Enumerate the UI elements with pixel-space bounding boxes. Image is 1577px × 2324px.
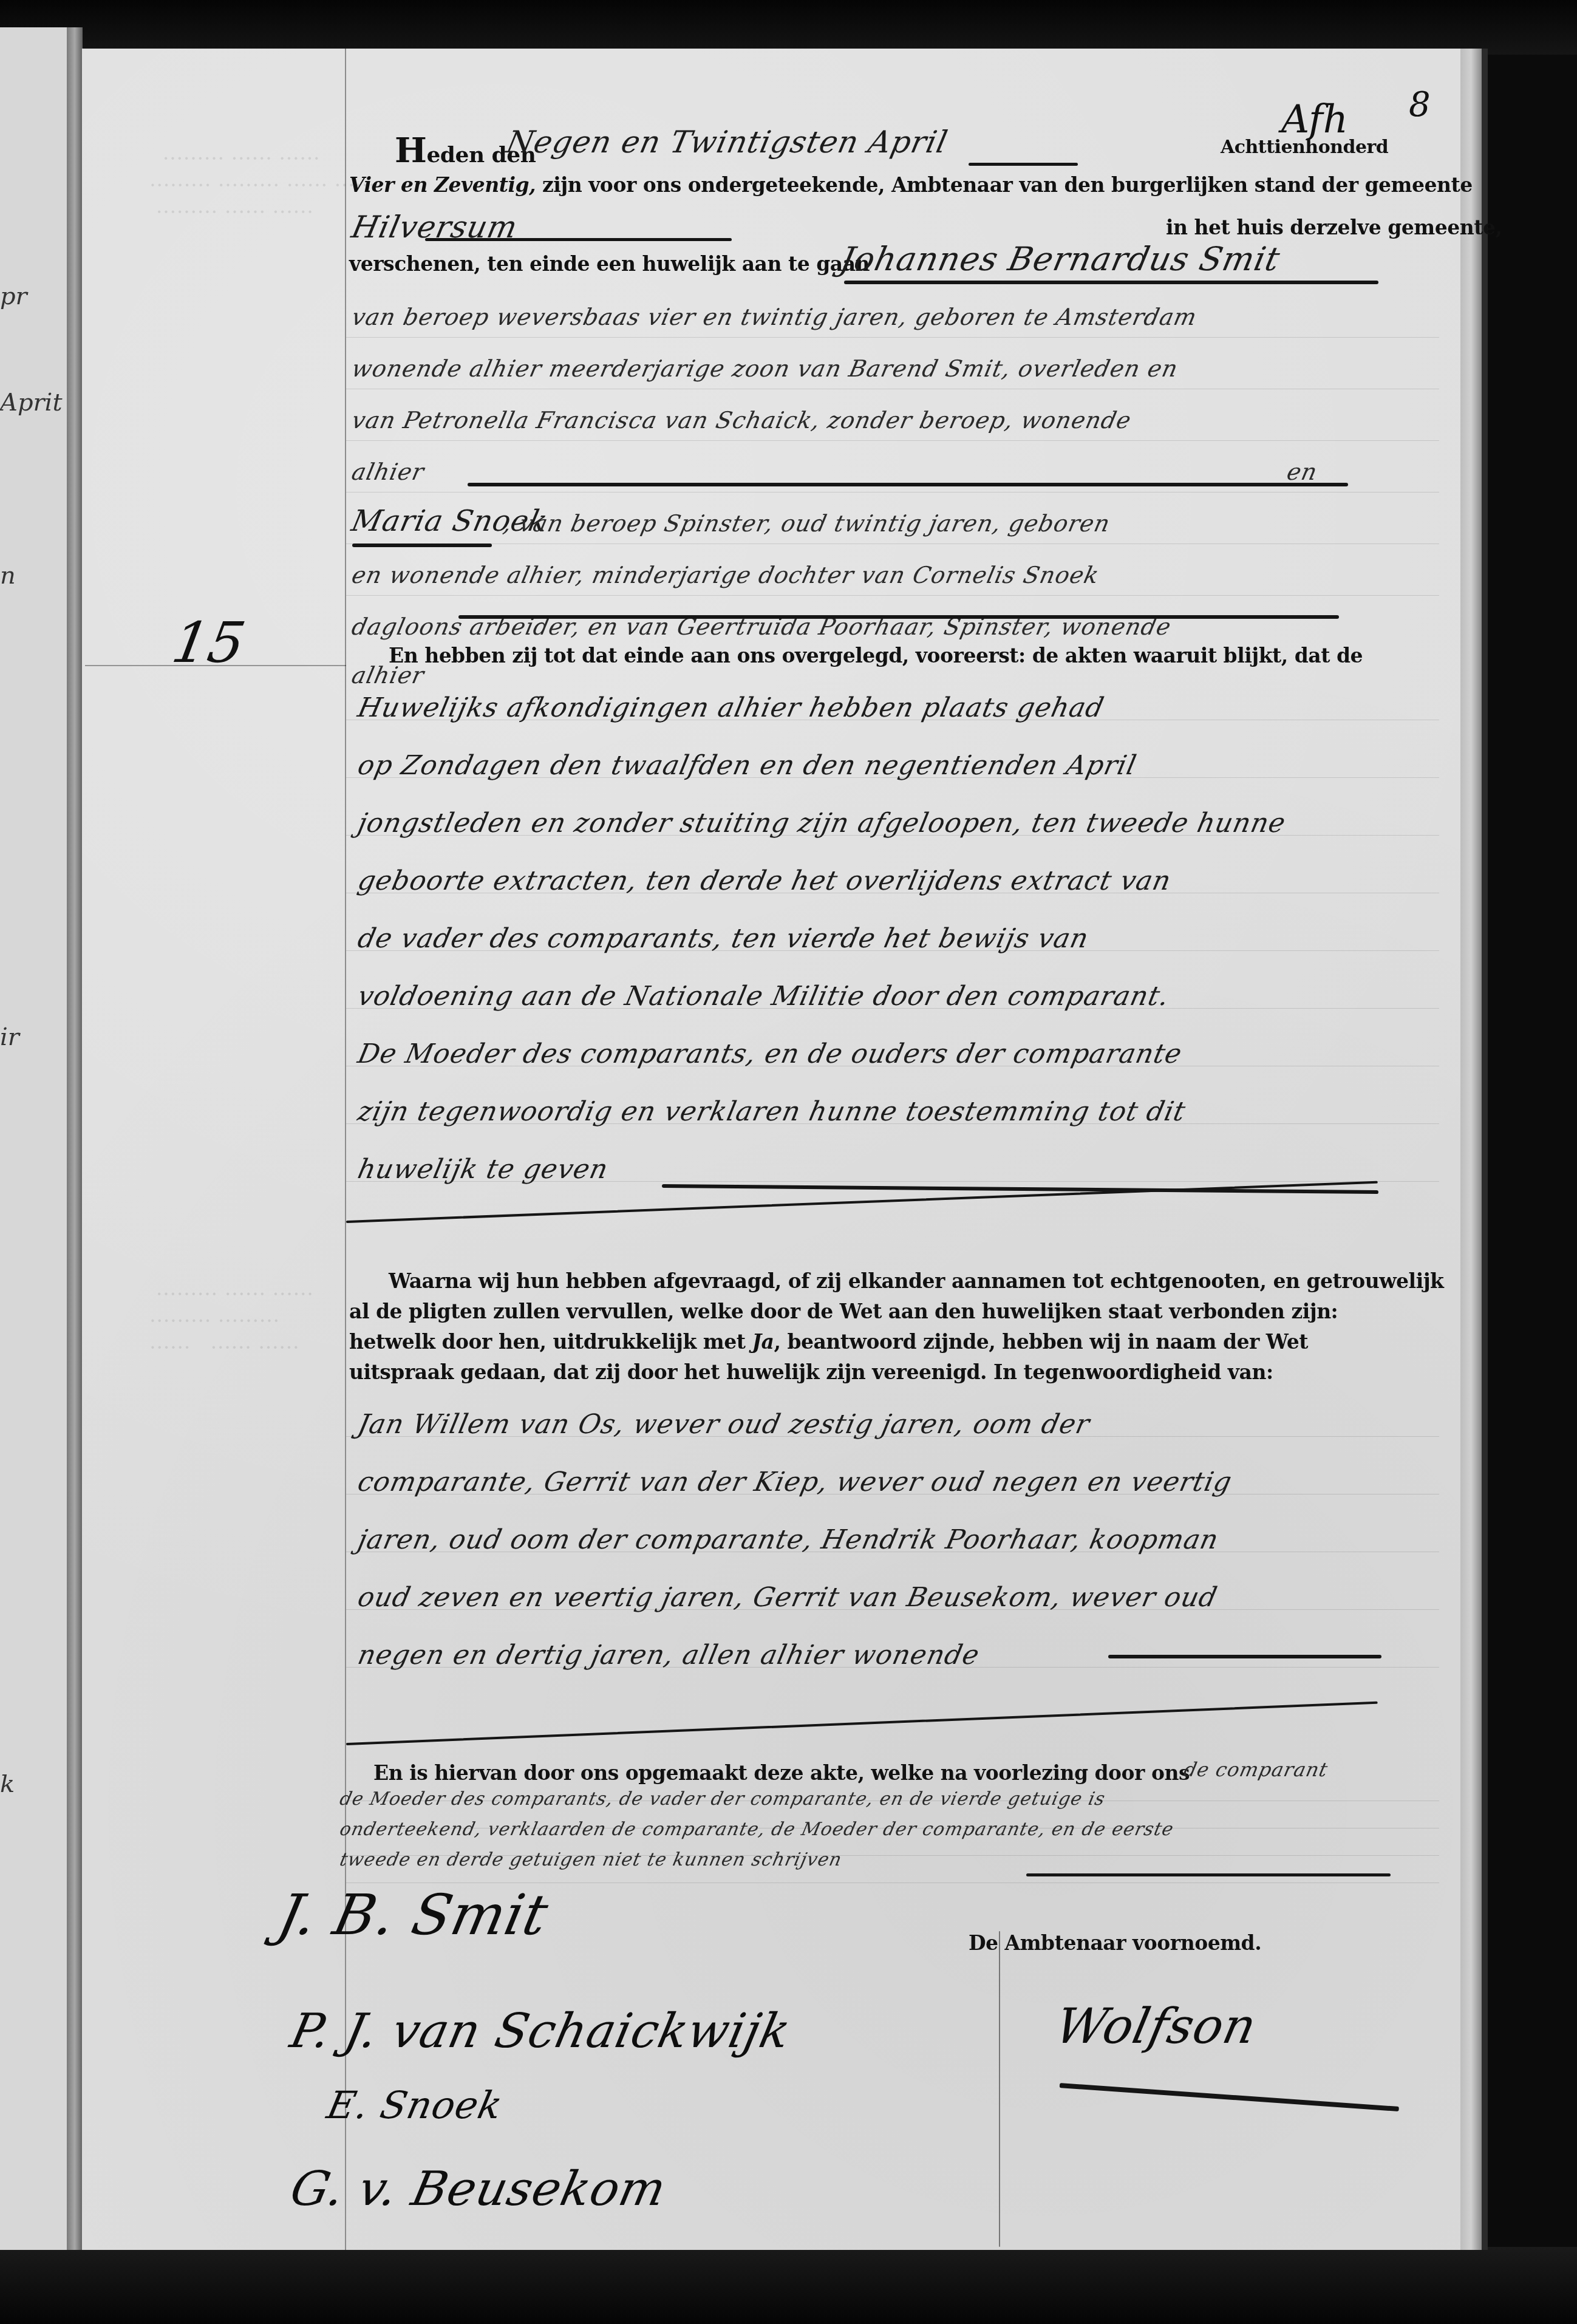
officer-signature: Wolfson bbox=[1051, 1998, 1262, 2054]
closing-handwritten: tweede en derde getuigen niet te kunnen … bbox=[338, 1849, 843, 1870]
page-edge bbox=[1460, 49, 1482, 2250]
bride-detail-line: en wonende alhier, minderjarige dochter … bbox=[349, 562, 1102, 588]
documents-intro: En hebben zij tot dat einde aan ons over… bbox=[389, 644, 1363, 667]
drop-cap: H bbox=[395, 131, 426, 171]
vows-line-1: Waarna wij hun hebben afgevraagd, of zij… bbox=[389, 1269, 1443, 1293]
witness-signature: G. v. Beusekom bbox=[285, 2162, 671, 2217]
officer-caption: De Ambtenaar voornoemd. bbox=[969, 1931, 1261, 1955]
vows-line-3: hetwelk door hen, uitdrukkelijk met Ja, … bbox=[349, 1330, 1308, 1354]
groom-name: Johannes Bernardus Smit bbox=[837, 240, 1284, 278]
printed-line-2: Vier en Zeventig, zijn voor ons onderget… bbox=[349, 173, 1473, 197]
acte-separator bbox=[85, 665, 346, 666]
documents-line: geboorte extracten, ten derde het overli… bbox=[355, 865, 1174, 896]
page-edge-shadow bbox=[1482, 49, 1488, 2250]
groom-signature: J. B. Smit bbox=[273, 1883, 554, 1947]
witness-signature: P. J. van Schaickwijk bbox=[285, 2004, 795, 2059]
left-page-fragment: ir bbox=[0, 1023, 73, 1051]
scan-background-bottom bbox=[0, 2247, 1577, 2324]
witness-line: jaren, oud oom der comparante, Hendrik P… bbox=[355, 1524, 1222, 1555]
groom-detail-line: wonende alhier meerderjarige zoon van Ba… bbox=[349, 355, 1180, 382]
left-page-fragment: pr bbox=[0, 282, 73, 310]
witness-signature: E. Snoek bbox=[323, 2083, 506, 2127]
fill-line bbox=[1108, 1655, 1381, 1658]
name-underline bbox=[844, 281, 1378, 284]
name-underline bbox=[352, 544, 492, 547]
fill-line bbox=[969, 163, 1078, 166]
book-spine bbox=[67, 27, 83, 2250]
documents-line: op Zondagen den twaalfden en den negenti… bbox=[355, 750, 1140, 781]
page-number: 8 bbox=[1409, 85, 1431, 124]
ruled-line bbox=[346, 492, 1439, 492]
documents-line: huwelijk te geven bbox=[355, 1154, 611, 1185]
year-word: Achttienhonderd bbox=[1221, 137, 1388, 158]
groom-detail-line: alhier bbox=[349, 458, 426, 485]
ruled-line bbox=[346, 440, 1439, 441]
witness-line: Jan Willem van Os, wever oud zestig jare… bbox=[355, 1409, 1093, 1440]
printed-line-3: in het huis derzelve gemeente, bbox=[1166, 216, 1502, 239]
vows-line-4: uitspraak gedaan, dat zij door het huwel… bbox=[349, 1360, 1273, 1384]
bride-detail-line: , van beroep Spinster, oud twintig jaren… bbox=[501, 510, 1112, 537]
fill-line bbox=[468, 483, 1348, 486]
ruled-line bbox=[346, 389, 1439, 389]
printed-line-4: verschenen, ten einde een huwelijk aan t… bbox=[349, 252, 870, 276]
witness-line: negen en dertig jaren, allen alhier wone… bbox=[355, 1640, 983, 1671]
documents-line: Huwelijks afkondigingen alhier hebben pl… bbox=[355, 692, 1107, 723]
closing-handwritten: de Moeder des comparants, de vader der c… bbox=[338, 1788, 1107, 1810]
ruled-line bbox=[346, 337, 1439, 338]
year-suffix: Vier en Zeventig, bbox=[349, 173, 536, 197]
register-mark: Afh bbox=[1281, 97, 1348, 142]
fill-line bbox=[458, 615, 1339, 619]
witness-line: comparante, Gerrit van der Kiep, wever o… bbox=[355, 1467, 1235, 1498]
column-rule bbox=[999, 1931, 1000, 2247]
bleed-through-text: ……… …… …… ……… ……… …… …… …… bbox=[143, 1275, 313, 1355]
connector-en: en bbox=[1284, 458, 1320, 485]
vows-line-3b: , beantwoord zijnde, hebben wij in naam … bbox=[774, 1330, 1308, 1354]
documents-line: De Moeder des comparants, en de ouders d… bbox=[355, 1038, 1185, 1069]
closing-text: En is hiervan door ons opgemaakt deze ak… bbox=[373, 1761, 1190, 1785]
documents-line: zijn tegenwoordig en verklaren hunne toe… bbox=[355, 1096, 1189, 1127]
witness-line: oud zeven en veertig jaren, Gerrit van B… bbox=[355, 1582, 1221, 1613]
fill-line bbox=[1026, 1873, 1391, 1876]
ja-word: Ja bbox=[752, 1330, 774, 1354]
bleed-through-text: ……… …… …… ……… ……… …… …… ……… …… …… bbox=[143, 140, 375, 220]
ruled-line bbox=[346, 544, 1439, 544]
groom-detail-line: van Petronella Francisca van Schaick, zo… bbox=[349, 407, 1134, 434]
fill-line bbox=[425, 238, 732, 241]
documents-line: de vader des comparants, ten vierde het … bbox=[355, 923, 1092, 954]
officer-clause: zijn voor ons ondergeteekende, Ambtenaar… bbox=[542, 173, 1473, 197]
closing-handwritten: onderteekend, verklaarden de comparante,… bbox=[338, 1819, 1176, 1840]
documents-line: voldoening aan de Nationale Militie door… bbox=[355, 981, 1173, 1012]
date-handwritten: Negen en Twintigsten April bbox=[503, 124, 951, 160]
documents-line: jongstleden en zonder stuiting zijn afge… bbox=[355, 808, 1289, 839]
left-page-fragment: k bbox=[0, 1770, 73, 1798]
left-page-fragment: Aprit bbox=[0, 389, 73, 417]
ruled-line bbox=[346, 595, 1439, 596]
scan-background-top bbox=[0, 0, 1577, 55]
groom-detail-line: van beroep weversbaas vier en twintig ja… bbox=[349, 304, 1199, 330]
vows-line-3a: hetwelk door hen, uitdrukkelijk met bbox=[349, 1330, 745, 1354]
closing-handwritten: de comparant bbox=[1182, 1758, 1330, 1781]
left-page-fragment: n bbox=[0, 562, 73, 590]
vows-line-2: al de pligten zullen vervullen, welke do… bbox=[349, 1300, 1338, 1323]
